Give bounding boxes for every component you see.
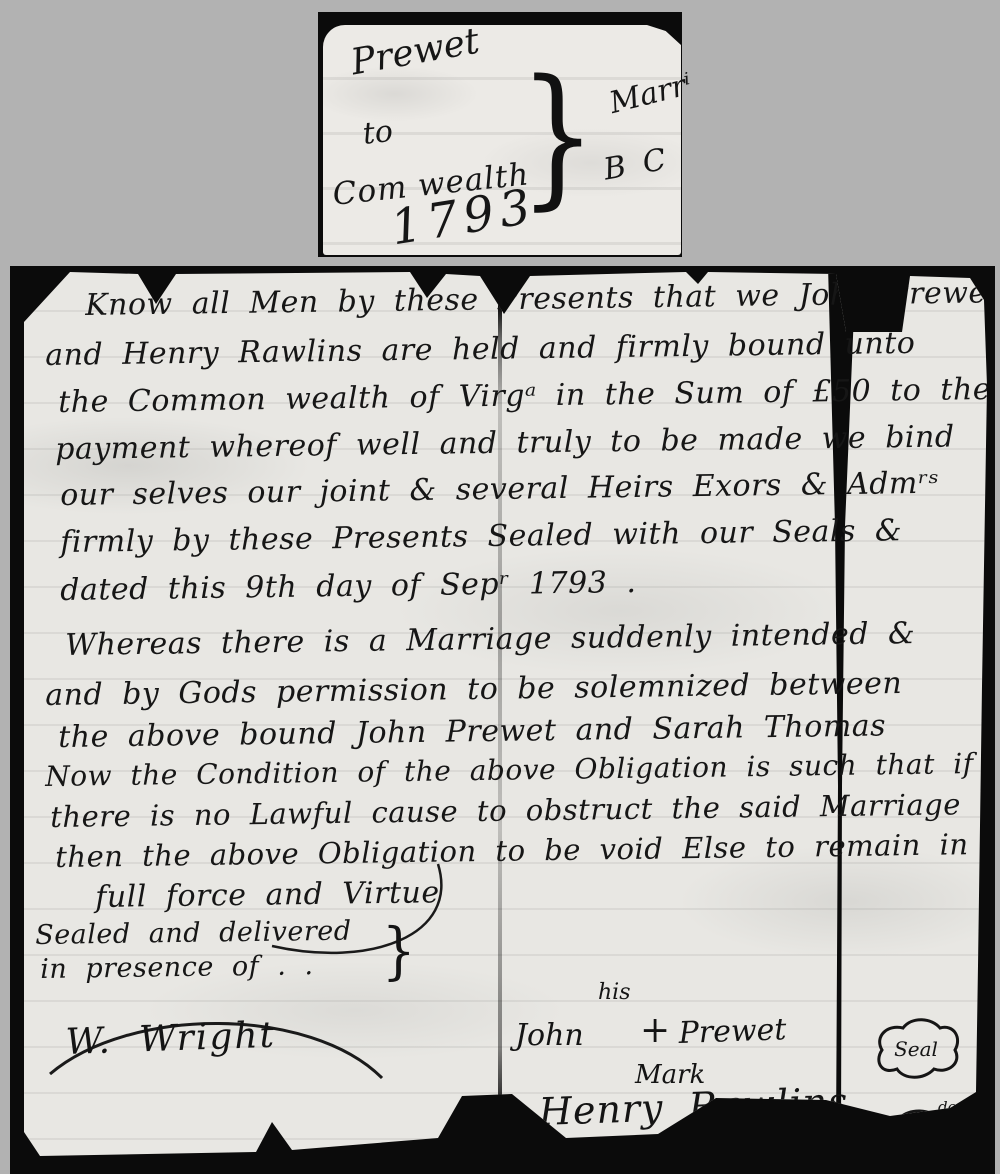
body-line: dated this 9th day of Sepʳ 1793 . [60,565,637,608]
card-paper: Prewet to Com wealth } Marrⁱ B C 1793 [323,25,681,255]
body-line: there is no Lawful cause to obstruct the… [50,787,961,834]
seal-stamp: Seal [870,1018,962,1080]
body-line: Now the Condition of the above Obligatio… [45,747,974,793]
body-line: firmly by these Presents Sealed with our… [60,513,902,560]
body-line: payment whereof well and truly to be mad… [55,419,955,467]
doc-type-code: B C [601,141,673,187]
bond-document: Know all Men by these Presents that we J… [10,266,995,1174]
document-paper: Know all Men by these Presents that we J… [10,266,995,1174]
body-line: full force and Virtue [95,875,440,915]
body-line: our selves our joint & several Heirs Exo… [60,466,940,513]
body-line: Whereas there is a Marriage suddenly int… [65,616,915,663]
seal-label: Seal [894,1037,938,1061]
header-card: Prewet to Com wealth } Marrⁱ B C 1793 [318,12,682,257]
body-line: Sealed and delivered [35,916,352,951]
body-line: the above bound John Prewet and Sarah Th… [58,708,886,755]
signature-surety: Henry Rawlins [538,1079,849,1134]
mark-annotation-his: his [598,980,631,1005]
brace-mark: } [382,914,416,987]
grantor-name: Prewet [348,21,482,84]
witness-signature: W. Wright [65,1015,277,1063]
torn-corner [647,25,681,45]
doc-type-abbrev: Marrⁱ [606,67,695,121]
body-line: and Henry Rawlins are held and firmly bo… [45,326,916,373]
body-line: then the above Obligation to be void Els… [55,827,969,874]
signature-surname: Prewet [678,1012,787,1051]
body-line: the Common wealth of Virgᵃ in the Sum of… [58,372,991,420]
page: { "colors": { "page_background": "#b2b2b… [0,0,1000,1174]
body-line: and by Gods permission to be solemnized … [45,666,902,713]
body-line: in presence of . . [40,950,314,985]
seal-stamp: Seal [862,1108,966,1172]
connector-label: to [361,114,395,152]
seal-note: do [938,1098,957,1116]
mark-cross: + [640,1010,670,1051]
body-line: Know all Men by these Presents that we J… [85,275,999,323]
signature-first-name: John [515,1018,584,1053]
seal-label: Seal [891,1129,937,1153]
